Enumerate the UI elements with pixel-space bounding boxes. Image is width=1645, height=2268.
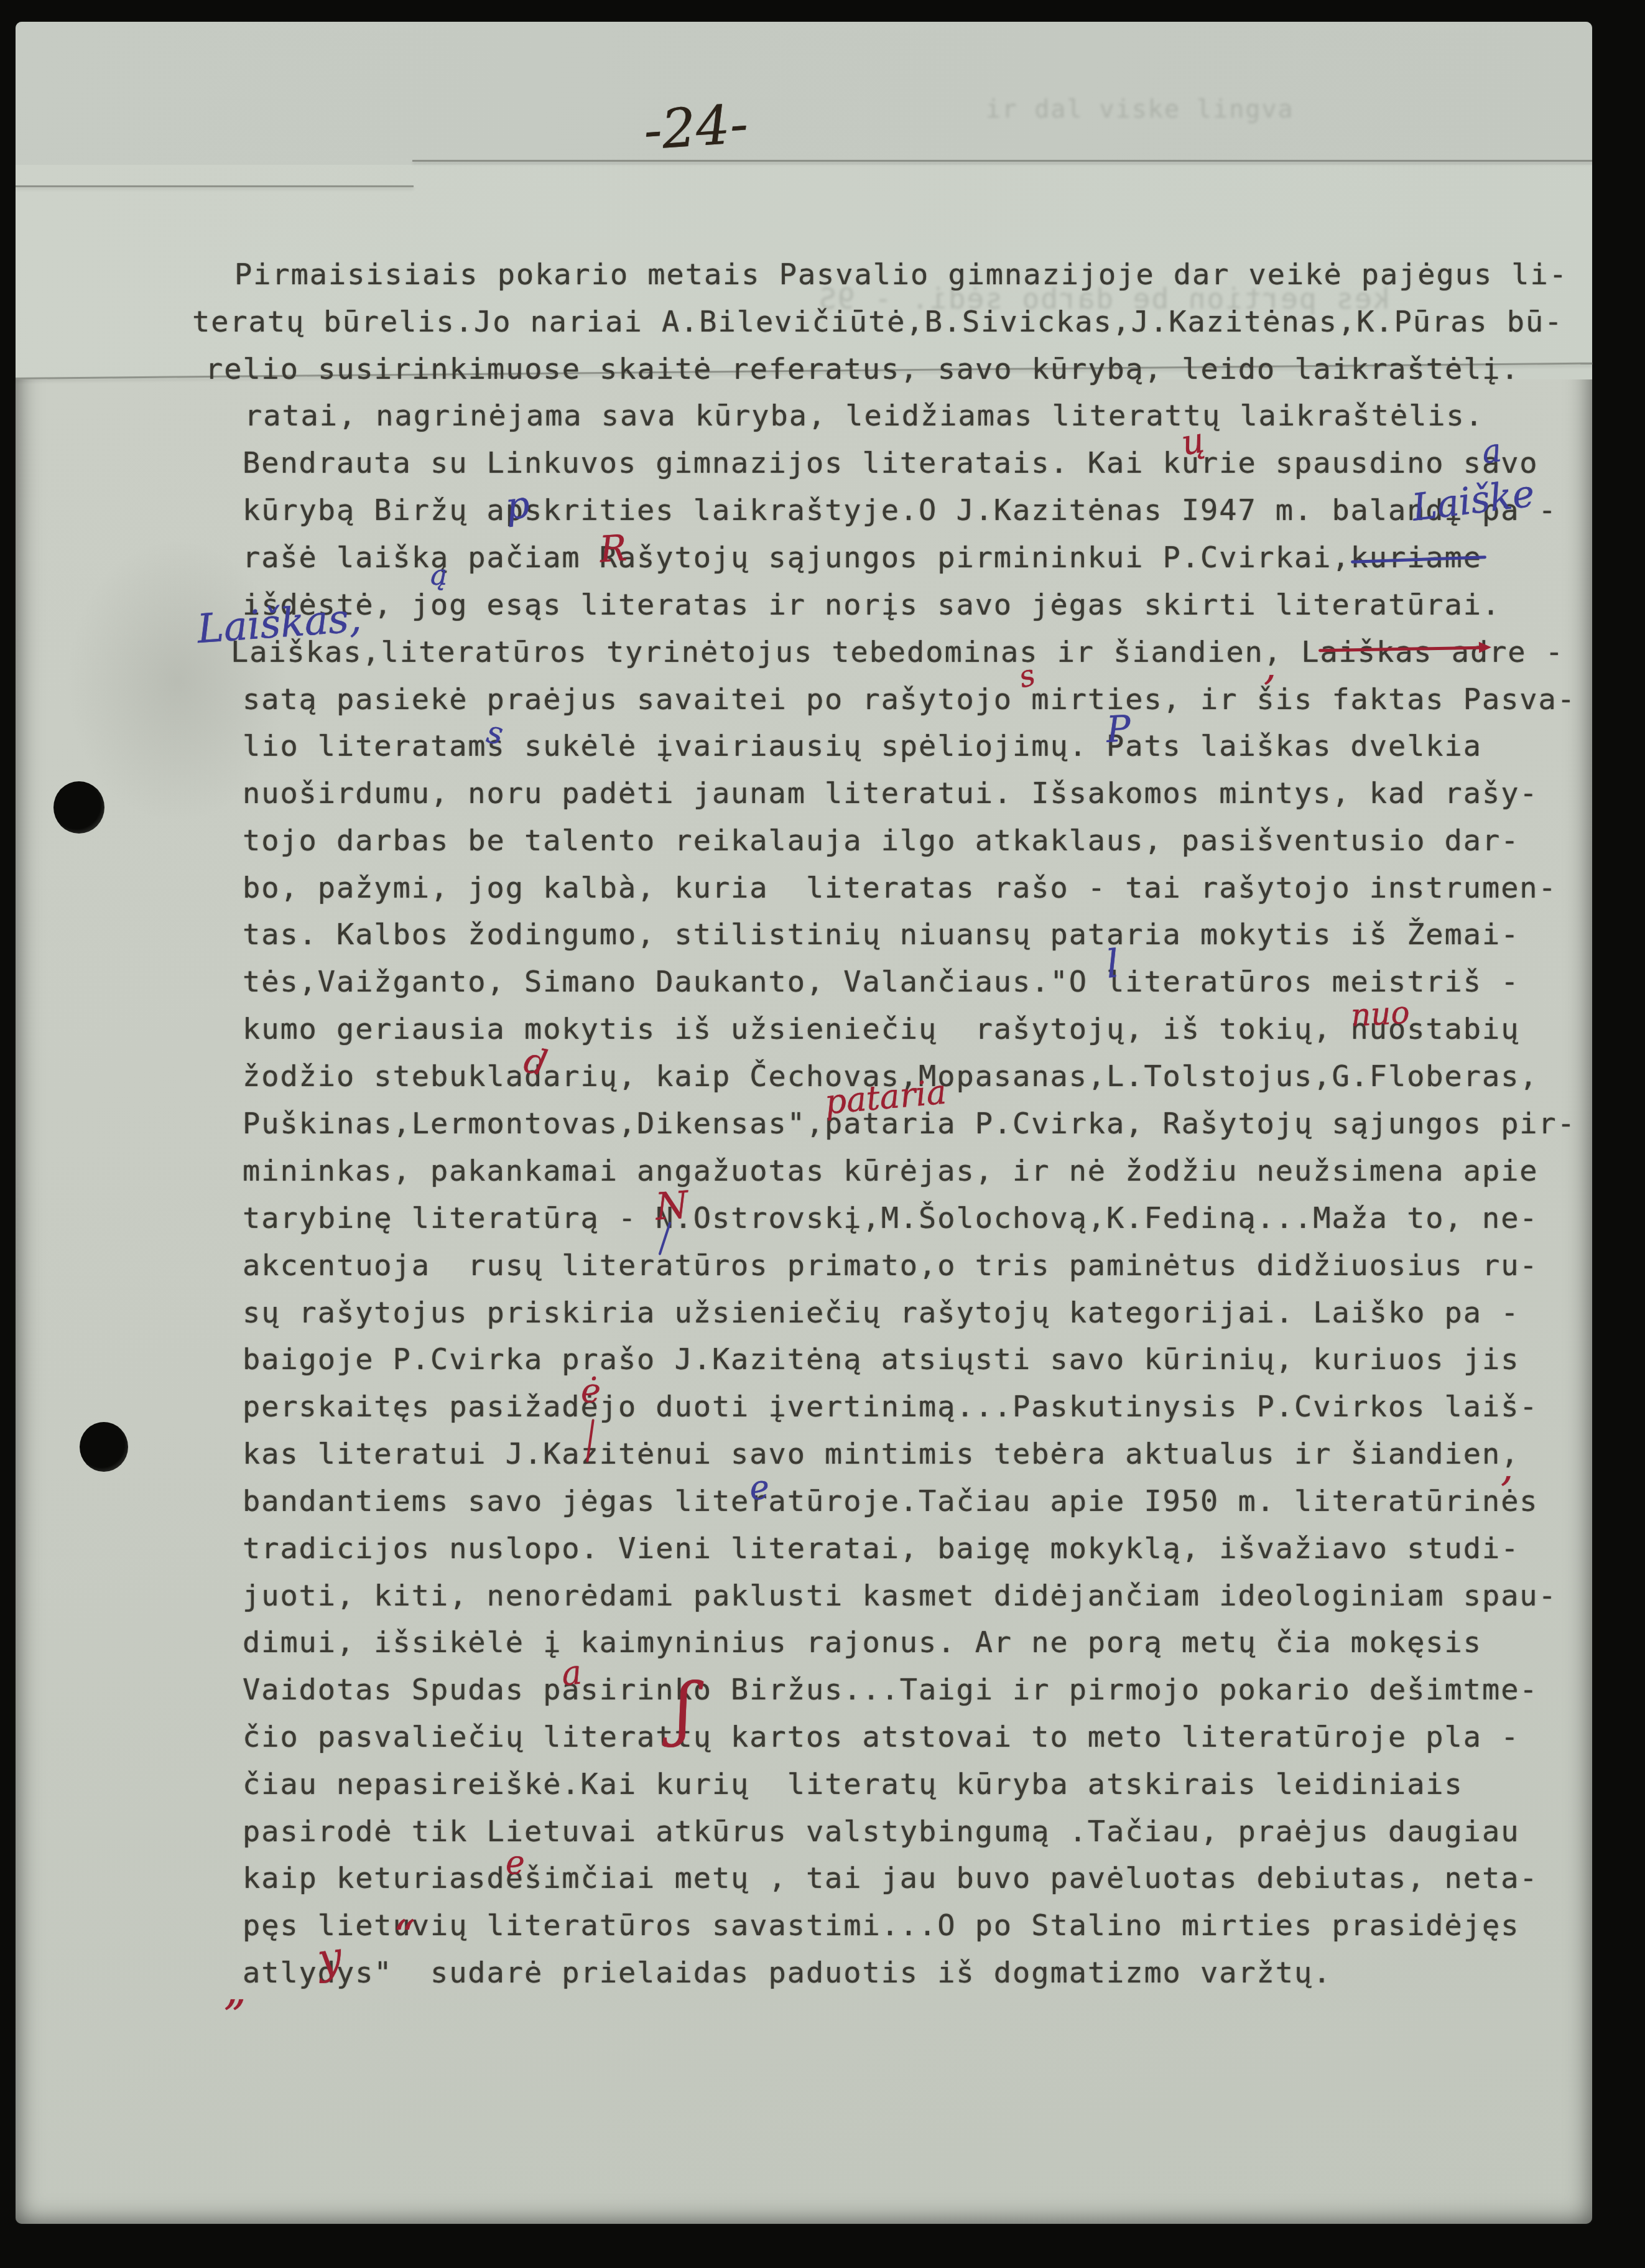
typed-line: pasirodė tik Lietuvai atkūrus valstybing… bbox=[243, 1815, 1519, 1849]
typewritten-page: -24- ir dal viske lingvakes pertion be d… bbox=[16, 22, 1592, 2224]
paper-seam-top-left bbox=[16, 185, 414, 187]
handwritten-red-correction: ʃ bbox=[675, 1674, 693, 1742]
typed-line: tės,Vaižganto, Simano Daukanto, Valančia… bbox=[243, 965, 1519, 999]
handwritten-blue-correction: ą bbox=[430, 560, 447, 589]
typed-line: sų rašytojus priskiria užsieniečių rašyt… bbox=[243, 1296, 1519, 1330]
handwritten-red-correction: e bbox=[506, 1847, 525, 1879]
typed-line: satą pasiekė praėjus savaitei po rašytoj… bbox=[243, 682, 1576, 717]
typed-line: teratų būrelis.Jo nariai A.Bilevičiūtė,B… bbox=[192, 305, 1563, 339]
handwritten-red-correction: N bbox=[654, 1186, 690, 1226]
typed-line: čio pasvaliečių literattų kartos atstova… bbox=[243, 1720, 1519, 1754]
typed-line: pęs lietuvių literatūros savastimi...O p… bbox=[243, 1908, 1519, 1943]
typed-line: rašė laišką pačiam Rašytojų sąjungos pir… bbox=[243, 541, 1482, 575]
typed-line: lio literatams sukėlė įvairiausių spėlio… bbox=[243, 729, 1482, 763]
handwritten-red-correction: a bbox=[560, 1655, 583, 1691]
typed-line: kūrybą Biržų apskrities laikraštyje.O J.… bbox=[243, 493, 1557, 527]
handwritten-blue-correction: e bbox=[748, 1470, 771, 1505]
typed-line: relio susirinkimuose skaitė referatus, s… bbox=[205, 352, 1520, 386]
typed-line: Bendrauta su Linkuvos gimnazijos literat… bbox=[243, 446, 1539, 480]
typed-line: kaip keturiasdešimčiai metų , tai jau bu… bbox=[243, 1861, 1539, 1895]
typed-line: tarybinę literatūrą - N.Ostrovskį,M.Šolo… bbox=[243, 1201, 1539, 1235]
handwritten-red-correction: , bbox=[1501, 1448, 1513, 1487]
handwritten-blue-correction: Laiškas, bbox=[196, 598, 363, 649]
typed-line: Laiškas,literatūros tyrinėtojus tebedomi… bbox=[231, 635, 1564, 669]
handwritten-red-correction: pataria bbox=[823, 1076, 948, 1120]
typed-line: tas. Kalbos žodingumo, stilistinių niuan… bbox=[243, 918, 1519, 952]
handwritten-red-correction: y bbox=[315, 1936, 345, 1982]
typed-line: Vaidotas Spudas pasirinko Biržus...Taigi… bbox=[243, 1673, 1539, 1707]
typed-line: juoti, kiti, nenorėdami paklusti kasmet … bbox=[243, 1579, 1557, 1613]
handwritten-red-correction: „ bbox=[224, 1968, 246, 2011]
typed-line: tojo darbas be talento reikalauja ilgo a… bbox=[243, 824, 1519, 858]
strike-arrowhead bbox=[1479, 641, 1491, 653]
typed-line: bo, pažymi, jog kalbà, kuria literatas r… bbox=[243, 871, 1557, 905]
handwritten-red-correction: nuo bbox=[1350, 997, 1411, 1031]
typed-line: kas literatui J.Kazitėnui savo mintimis … bbox=[243, 1437, 1519, 1471]
typed-line: perskaitęs pasižadėjo duoti įvertinimą..… bbox=[243, 1390, 1539, 1424]
typed-line: mininkas, pakankamai angažuotas kūrėjas,… bbox=[243, 1154, 1539, 1188]
typed-line: dimui, išsikėlė į kaimyninius rajonus. A… bbox=[243, 1625, 1482, 1660]
handwritten-blue-correction: a bbox=[1480, 434, 1504, 469]
typed-line: tradicijos nuslopo. Vieni literatai, bai… bbox=[243, 1531, 1519, 1566]
scanned-document: -24- ir dal viske lingvakes pertion be d… bbox=[0, 0, 1645, 2268]
handwritten-blue-correction: p bbox=[504, 486, 531, 526]
typed-line: bandantiems savo jėgas literatūroje.Tači… bbox=[243, 1484, 1539, 1518]
typed-line: ratai, nagrinėjama sava kūryba, leidžiam… bbox=[244, 399, 1484, 433]
typed-line: čiau nepasireiškė.Kai kurių literatų kūr… bbox=[243, 1767, 1463, 1801]
paper-seam-top-right bbox=[412, 160, 1592, 162]
typed-line: akcentuoja rusų literatūros primato,o tr… bbox=[243, 1248, 1539, 1283]
ghost-showthrough-text: ir dal viske lingva bbox=[986, 95, 1294, 124]
punch-hole-top bbox=[53, 781, 104, 834]
pasted-paper-top-strip bbox=[16, 22, 1592, 165]
handwritten-blue-correction: P bbox=[1106, 710, 1132, 748]
typed-line: nuoširdumu, noru padėti jaunam literatui… bbox=[243, 776, 1539, 811]
typed-line: baigoje P.Cvirka prašo J.Kazitėną atsiųs… bbox=[243, 1342, 1519, 1377]
typed-line: kumo geriausia mokytis iš užsieniečių ra… bbox=[243, 1012, 1519, 1046]
handwritten-red-correction: “ bbox=[393, 1914, 415, 1958]
punch-hole-bottom bbox=[80, 1422, 128, 1472]
typed-line: išdėstė, jog esąs literatas ir norįs sav… bbox=[243, 588, 1501, 622]
handwritten-red-correction: ė bbox=[581, 1374, 601, 1408]
handwritten-red-correction: R bbox=[598, 530, 628, 568]
page-number: -24- bbox=[642, 93, 750, 162]
handwritten-red-correction: , bbox=[1264, 646, 1276, 686]
typed-line: Pirmaisisiais pokario metais Pasvalio gi… bbox=[234, 258, 1568, 292]
